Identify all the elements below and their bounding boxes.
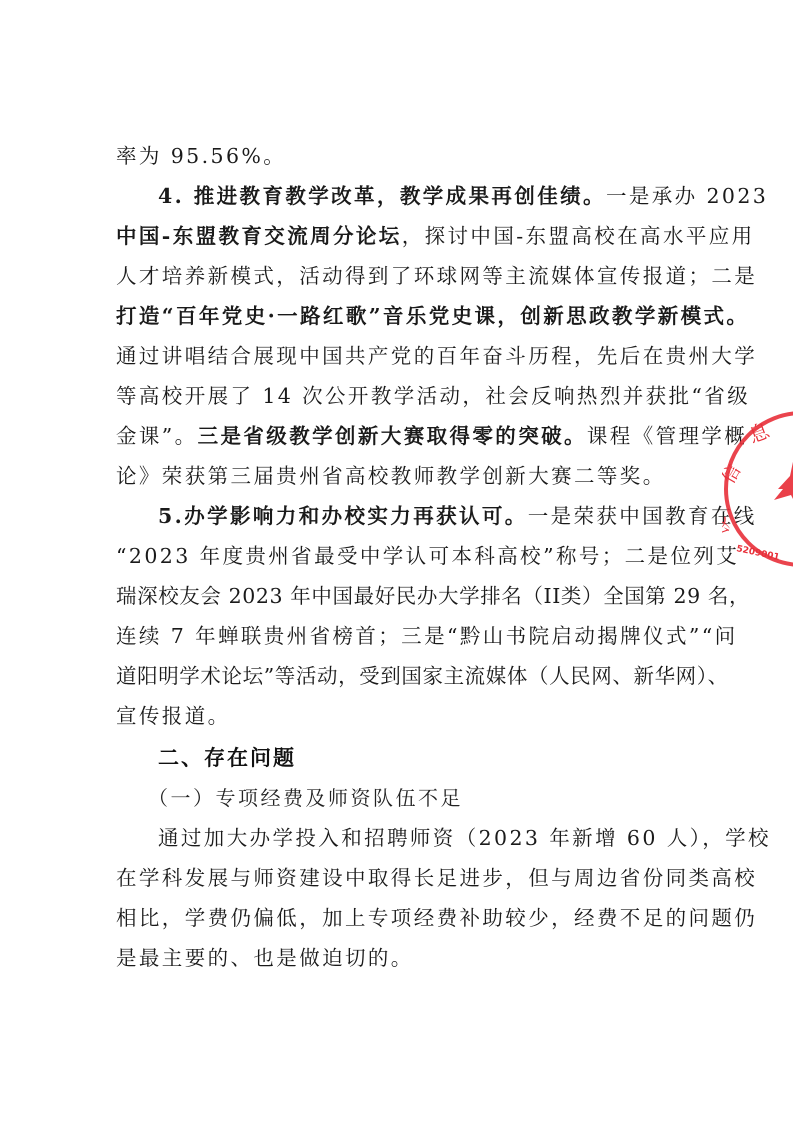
line-text: 金课”。 — [116, 424, 198, 448]
text-line: 是最主要的、也是做迫切的。 — [116, 943, 694, 973]
text-line: 宣传报道。 — [116, 701, 694, 731]
line-text: 连续 7 年蝉联贵州省榜首；三是“黔山书院启动揭牌仪式”“问 — [116, 624, 738, 648]
line-text: 通过加大办学投入和招聘师资（2023 年新增 60 人），学校 — [158, 826, 771, 850]
line-text: 论》荣获第三届贵州省高校教师教学创新大赛二等奖。 — [116, 464, 666, 488]
text-line: “2023 年度贵州省最受中学认可本科高校”称号；二是位列艾 — [116, 541, 694, 571]
text-line: 等高校开展了 14 次公开教学活动，社会反响热烈并获批“省级 — [116, 381, 694, 411]
text-line: 中国-东盟教育交流周分论坛，探讨中国-东盟高校在高水平应用 — [116, 221, 694, 251]
line-text: 宣传报道。 — [116, 704, 231, 728]
bold-lead: 中国-东盟教育交流周分论坛 — [116, 224, 402, 248]
bold-lead: 4. 推进教育教学改革，教学成果再创佳绩。 — [158, 184, 606, 208]
seal-graphic: 息 信 设 5209001 — [722, 405, 793, 575]
line-text: 相比，学费仍偏低，加上专项经费补助较少，经费不足的问题仍 — [116, 906, 757, 930]
section-heading: 二、存在问题 — [158, 743, 296, 773]
text-line: 打造“百年党史·一路红歌”音乐党史课，创新思政教学新模式。 — [116, 301, 694, 331]
text-line: 5.办学影响力和办校实力再获认可。一是荣获中国教育在线 — [158, 501, 694, 531]
bold-lead: 5.办学影响力和办校实力再获认可。 — [158, 504, 528, 528]
text-line: 瑞深校友会 2023 年中国最好民办大学排名（II类）全国第 29 名， — [116, 581, 694, 611]
line-text: 通过讲唱结合展现中国共产党的百年奋斗历程，先后在贵州大学 — [116, 344, 757, 368]
text-line: 4. 推进教育教学改革，教学成果再创佳绩。一是承办 2023 — [158, 181, 694, 211]
text-line: 在学科发展与师资建设中取得长足进步，但与周边省份同类高校 — [116, 863, 694, 893]
bold-text: 打造“百年党史·一路红歌”音乐党史课，创新思政教学新模式。 — [116, 304, 749, 328]
line-text: “2023 年度贵州省最受中学认可本科高校”称号；二是位列艾 — [116, 544, 739, 568]
line-text: 在学科发展与师资建设中取得长足进步，但与周边省份同类高校 — [116, 866, 757, 890]
line-text: 瑞深校友会 2023 年中国最好民办大学排名（II类）全国第 29 名， — [116, 584, 750, 608]
line-text: 一是承办 2023 — [606, 184, 768, 208]
text-line: 金课”。三是省级教学创新大赛取得零的突破。课程《管理学概 — [116, 421, 694, 451]
text-line: 人才培养新模式，活动得到了环球网等主流媒体宣传报道；二是 — [116, 261, 694, 291]
line-text: 率为 95.56%。 — [116, 144, 286, 168]
sub-heading: （一）专项经费及师资队伍不足 — [148, 783, 463, 813]
official-seal: 息 信 设 5209001 — [722, 405, 793, 575]
text-line: 连续 7 年蝉联贵州省榜首；三是“黔山书院启动揭牌仪式”“问 — [116, 621, 694, 651]
seal-code: 5209001 — [735, 544, 780, 563]
text-line: 相比，学费仍偏低，加上专项经费补助较少，经费不足的问题仍 — [116, 903, 694, 933]
document-page: 率为 95.56%。 4. 推进教育教学改革，教学成果再创佳绩。一是承办 202… — [0, 0, 793, 1122]
text-line: 通过讲唱结合展现中国共产党的百年奋斗历程，先后在贵州大学 — [116, 341, 694, 371]
line-text: ，探讨中国-东盟高校在高水平应用 — [402, 224, 755, 248]
line-text: 人才培养新模式，活动得到了环球网等主流媒体宣传报道；二是 — [116, 264, 757, 288]
line-text: 等高校开展了 14 次公开教学活动，社会反响热烈并获批“省级 — [116, 384, 750, 408]
line-text: 道阳明学术论坛”等活动，受到国家主流媒体（人民网、新华网）、 — [116, 664, 729, 688]
text-line: 率为 95.56%。 — [116, 141, 694, 171]
line-text: 是最主要的、也是做迫切的。 — [116, 946, 414, 970]
bold-text: 三是省级教学创新大赛取得零的突破。 — [198, 424, 587, 448]
text-line: 通过加大办学投入和招聘师资（2023 年新增 60 人），学校 — [158, 823, 694, 853]
star-icon — [774, 457, 793, 509]
text-line: 道阳明学术论坛”等活动，受到国家主流媒体（人民网、新华网）、 — [116, 661, 694, 691]
text-line: 论》荣获第三届贵州省高校教师教学创新大赛二等奖。 — [116, 461, 694, 491]
